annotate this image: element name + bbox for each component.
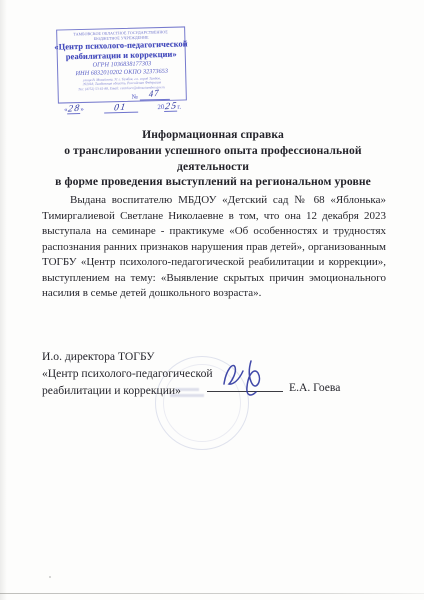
document-page: ТАМБОВСКОЕ ОБЛАСТНОЕ ГОСУДАРСТВЕННОЕ БЮД…: [0, 0, 424, 600]
body-line: выступала на семинаре - практикуме «Об о…: [42, 224, 386, 240]
body-paragraph: Выдана воспитателю МБДОУ «Детский сад № …: [42, 193, 386, 302]
signatory-title-line-2: «Центр психолого-педагогической: [42, 366, 213, 383]
stamp-date-day-handwritten: 28: [67, 104, 81, 113]
stamp-date-year-seg: 2025г.: [157, 102, 181, 112]
document-title: Информационная справка о транслировании …: [40, 127, 386, 190]
signature-scribble: [220, 358, 272, 400]
corner-stamp: ТАМБОВСКОЕ ОБЛАСТНОЕ ГОСУДАРСТВЕННОЕ БЮД…: [56, 26, 187, 103]
body-line: распознания ранних признаков нарушения п…: [42, 240, 386, 256]
signatory-title-line-1: И.о. директора ТОГБУ: [42, 349, 213, 366]
body-line: Тимиргалиевой Светлане Николаевне в том,…: [42, 209, 386, 225]
title-line-1: Информационная справка: [40, 127, 386, 143]
scan-speck: [49, 576, 51, 578]
body-line: ТОГБУ «Центр психолого-педагогической ре…: [42, 255, 386, 271]
stamp-date-month-line: 01: [104, 103, 138, 113]
scan-page-edge-line: [0, 593, 424, 594]
stamp-date-row: «28» 01 2025г.: [59, 99, 186, 115]
scan-edge-shadow: [0, 0, 7, 600]
title-line-3: в форме проведения выступлений на регион…: [40, 174, 386, 190]
stamp-number-handwritten: 47: [149, 87, 160, 99]
body-line: выступлением на тему: «Выявление скрытых…: [42, 271, 386, 287]
stamp-number-line: 47: [140, 92, 170, 101]
stamp-number-label: №: [131, 93, 137, 100]
body-line: Выдана воспитателю МБДОУ «Детский сад № …: [42, 193, 386, 209]
signatory-name: Е.А. Гоева: [289, 381, 340, 394]
signatory-title-line-3: реабилитации и коррекции»: [42, 383, 213, 400]
signatory-title-block: И.о. директора ТОГБУ «Центр психолого-пе…: [42, 349, 213, 399]
stamp-date-month-handwritten: 01: [114, 103, 128, 112]
quote-close: »: [80, 106, 84, 113]
body-line: насилия в семье детей дошкольного возрас…: [42, 286, 386, 302]
title-line-2: о транслировании успешного опыта професс…: [40, 143, 386, 175]
stamp-date-year-handwritten: 25: [164, 102, 178, 111]
stamp-date-day-seg: «28»: [64, 105, 84, 114]
